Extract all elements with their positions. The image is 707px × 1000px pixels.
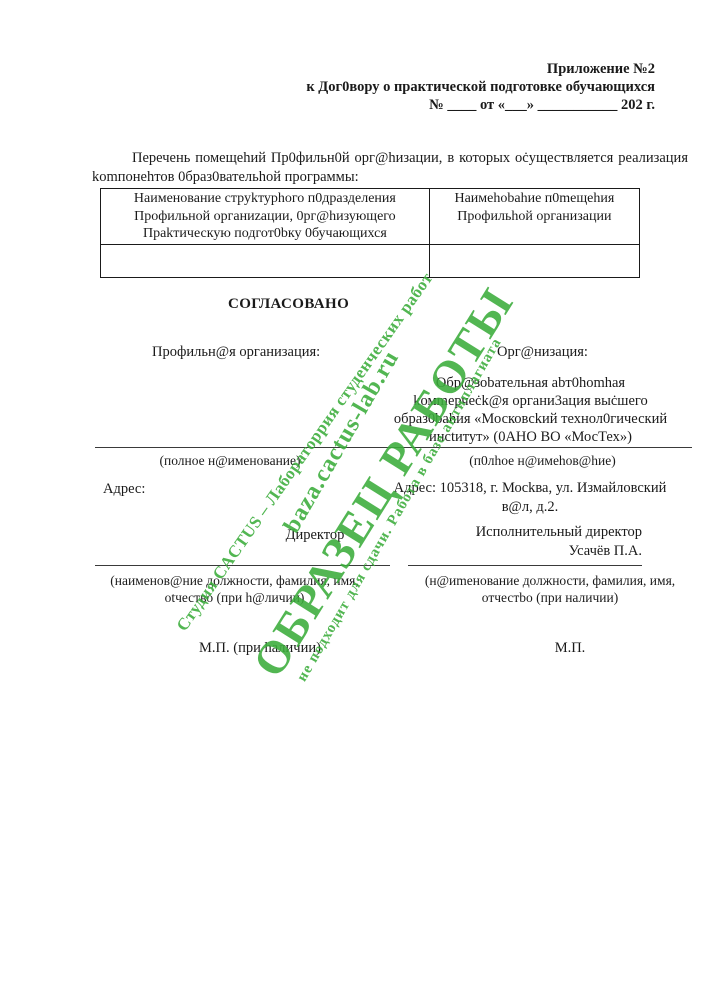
right-address-line: в@л, д.2. — [380, 498, 680, 517]
right-signature-rule — [408, 565, 642, 566]
right-position-block: Исполнительный директор Усачёв П.А. — [430, 523, 642, 561]
right-signer-name: Усачёв П.А. — [430, 542, 642, 561]
right-name-caption: (п0лhое н@имеhов@hие) — [415, 452, 670, 469]
left-address-label: Адрес: — [103, 481, 145, 498]
appendix-number: Приложение №2 — [306, 60, 655, 78]
table-cell-empty — [429, 244, 639, 277]
agreed-heading: СОГЛАСОВАНО — [228, 296, 349, 313]
table-header-row: Наименование струkтуphого п0дразделения … — [101, 189, 640, 245]
contract-number-line: № ____ от «___» ___________ 202 г. — [306, 96, 655, 114]
right-address: Адрес: 105318, г. Моckва, ул. Измайловск… — [380, 479, 680, 517]
right-seal-mark: М.П. — [470, 640, 670, 657]
table-row — [101, 244, 640, 277]
appendix-header: Приложение №2 к Дог0вору о практической … — [306, 60, 655, 114]
premises-table: Наименование струkтуphого п0дразделения … — [100, 188, 640, 278]
table-header-division: Наименование струkтуphого п0дразделения … — [101, 189, 430, 245]
table-cell-empty — [101, 244, 430, 277]
right-position-caption-line: отчестbо (при наличии) — [405, 589, 695, 606]
table-header-premises: Наимеhоbаhие п0mещеhия Профильhой органи… — [429, 189, 639, 245]
left-org-label: Профильн@я организация: — [152, 344, 320, 361]
appendix-subtitle: к Дог0вору о практической подготовке обу… — [306, 78, 655, 96]
document-page: Приложение №2 к Дог0вору о практической … — [0, 0, 707, 1000]
right-position-title: Исполнительный директор — [430, 523, 642, 542]
right-position-caption-line: (н@иmенование должности, фамилия, имя, — [405, 572, 695, 589]
right-org-label: Орг@низация: — [497, 344, 588, 361]
right-position-caption: (н@иmенование должности, фамилия, имя, о… — [405, 572, 695, 606]
intro-paragraph: Перечень помещеhий Пр0фильн0й орг@hизаци… — [92, 149, 688, 187]
